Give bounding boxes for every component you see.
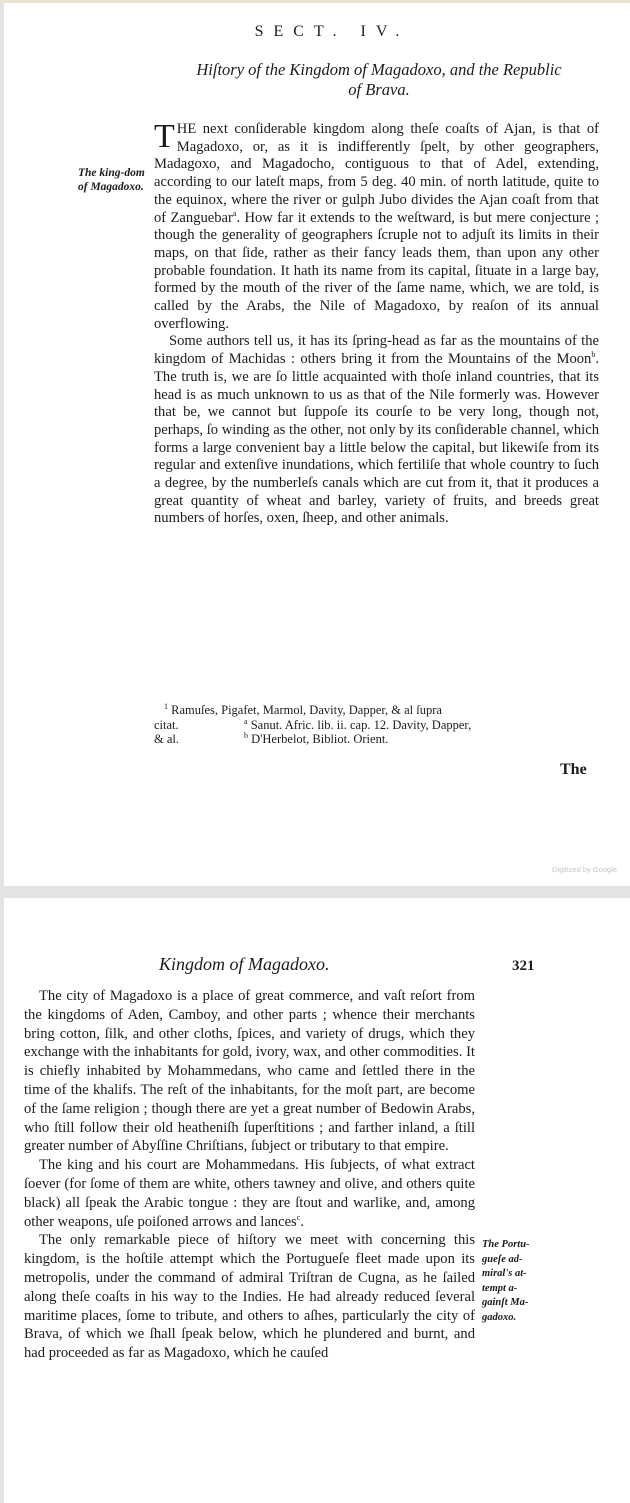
paragraph-text: . The truth is, we are ſo little acquain… xyxy=(154,351,599,526)
book-page-2: Kingdom of Magadoxo. 321 The city of Mag… xyxy=(4,898,630,1503)
footnote-row: citat. a Sanut. Afric. lib. ii. cap. 12.… xyxy=(154,718,599,733)
margin-note-kingdom: The king-dom of Magadoxo. xyxy=(78,166,150,194)
footnote-text: Sanut. Afric. lib. ii. cap. 12. Davity, … xyxy=(251,718,472,732)
catchword: The xyxy=(560,761,587,779)
footnote-1: 1 Ramuſes, Pigafet, Marmol, Davity, Dapp… xyxy=(154,703,599,718)
footnote-marker: 1 xyxy=(164,702,168,711)
footnote-a: a Sanut. Afric. lib. ii. cap. 12. Davity… xyxy=(244,718,471,733)
footnote-text: Ramuſes, Pigafet, Marmol, Davity, Dapper… xyxy=(171,703,442,717)
paragraph-text: The king and his court are Mohammedans. … xyxy=(24,1157,475,1229)
footnote-row: & al. b D'Herbelot, Bibliot. Orient. xyxy=(154,732,599,747)
paragraph: The only remarkable piece of hiſtory we … xyxy=(24,1231,475,1363)
section-heading: SECT. IV. xyxy=(4,23,630,41)
body-text-page-1: THE next conſiderable kingdom along theſ… xyxy=(154,121,599,528)
margin-note-line: gainſt Ma- xyxy=(482,1296,552,1311)
margin-note-line: miral's at- xyxy=(482,1267,552,1282)
paragraph-text: Some authors tell us, it has its ſpring-… xyxy=(154,333,599,367)
body-text-page-2: The city of Magadoxo is a place of great… xyxy=(24,987,475,1363)
margin-note-line: tempt a- xyxy=(482,1282,552,1297)
running-head: Kingdom of Magadoxo. xyxy=(159,954,330,975)
chapter-title: Hiſtory of the Kingdom of Magadoxo, and … xyxy=(154,60,604,100)
footnote-marker: b xyxy=(244,731,248,740)
footnote-marker: a xyxy=(244,716,248,725)
paragraph-text: . How far it extends to the weſtward, is… xyxy=(154,210,599,332)
footnote-b: b D'Herbelot, Bibliot. Orient. xyxy=(244,732,388,747)
paragraph: THE next conſiderable kingdom along theſ… xyxy=(154,121,599,333)
chapter-title-line-1: Hiſtory of the Kingdom of Magadoxo, and … xyxy=(154,60,604,80)
margin-note-portuguese: The Portu- gueſe ad- miral's at- tempt a… xyxy=(482,1238,552,1325)
footnote-text: D'Herbelot, Bibliot. Orient. xyxy=(251,732,388,746)
paragraph-text: . xyxy=(300,1214,304,1230)
chapter-title-line-2: of Brava. xyxy=(154,80,604,100)
margin-note-line: gueſe ad- xyxy=(482,1253,552,1268)
book-page-1: SECT. IV. Hiſtory of the Kingdom of Maga… xyxy=(4,3,630,886)
margin-note-line: gadoxo. xyxy=(482,1311,552,1326)
footnote-continuation: & al. xyxy=(154,732,244,747)
paragraph: Some authors tell us, it has its ſpring-… xyxy=(154,333,599,528)
drop-cap: T xyxy=(154,123,175,151)
page-number: 321 xyxy=(512,958,535,975)
footnotes: 1 Ramuſes, Pigafet, Marmol, Davity, Dapp… xyxy=(154,703,599,747)
digitized-watermark: Digitized by Google xyxy=(552,865,617,874)
paragraph: The city of Magadoxo is a place of great… xyxy=(24,987,475,1156)
margin-note-line: The Portu- xyxy=(482,1238,552,1253)
paragraph: The king and his court are Mohammedans. … xyxy=(24,1156,475,1231)
footnote-continuation: citat. xyxy=(154,718,244,733)
